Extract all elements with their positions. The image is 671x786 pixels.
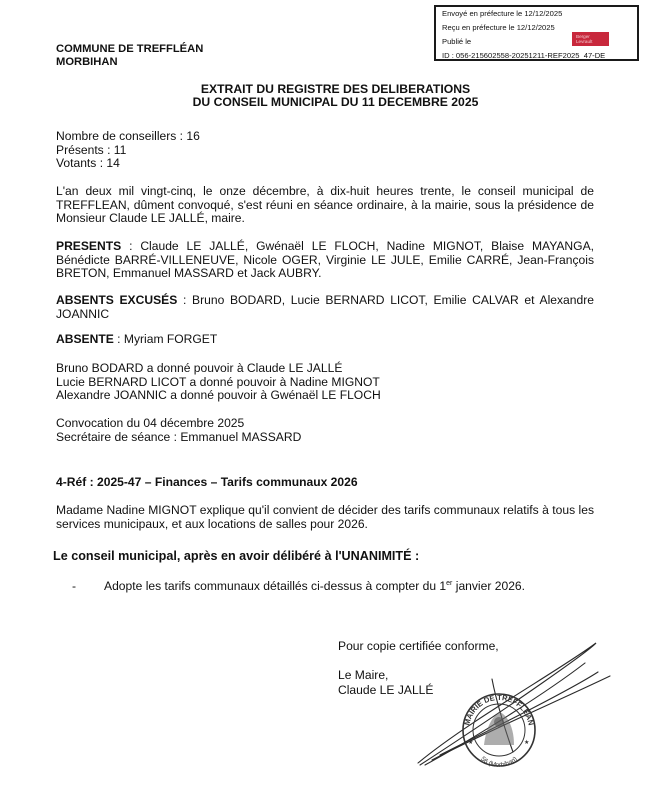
signature-and-seal-icon: MAIRIE DE TREFFLÉAN 56 (Morbihan) ★ ★ [0, 0, 671, 786]
seal-bottom-text: 56 (Morbihan) [479, 756, 518, 769]
mairie-seal-icon: MAIRIE DE TREFFLÉAN 56 (Morbihan) ★ ★ [462, 693, 535, 769]
svg-text:56 (Morbihan): 56 (Morbihan) [479, 756, 518, 769]
svg-text:★: ★ [524, 739, 529, 746]
svg-text:★: ★ [468, 739, 473, 746]
